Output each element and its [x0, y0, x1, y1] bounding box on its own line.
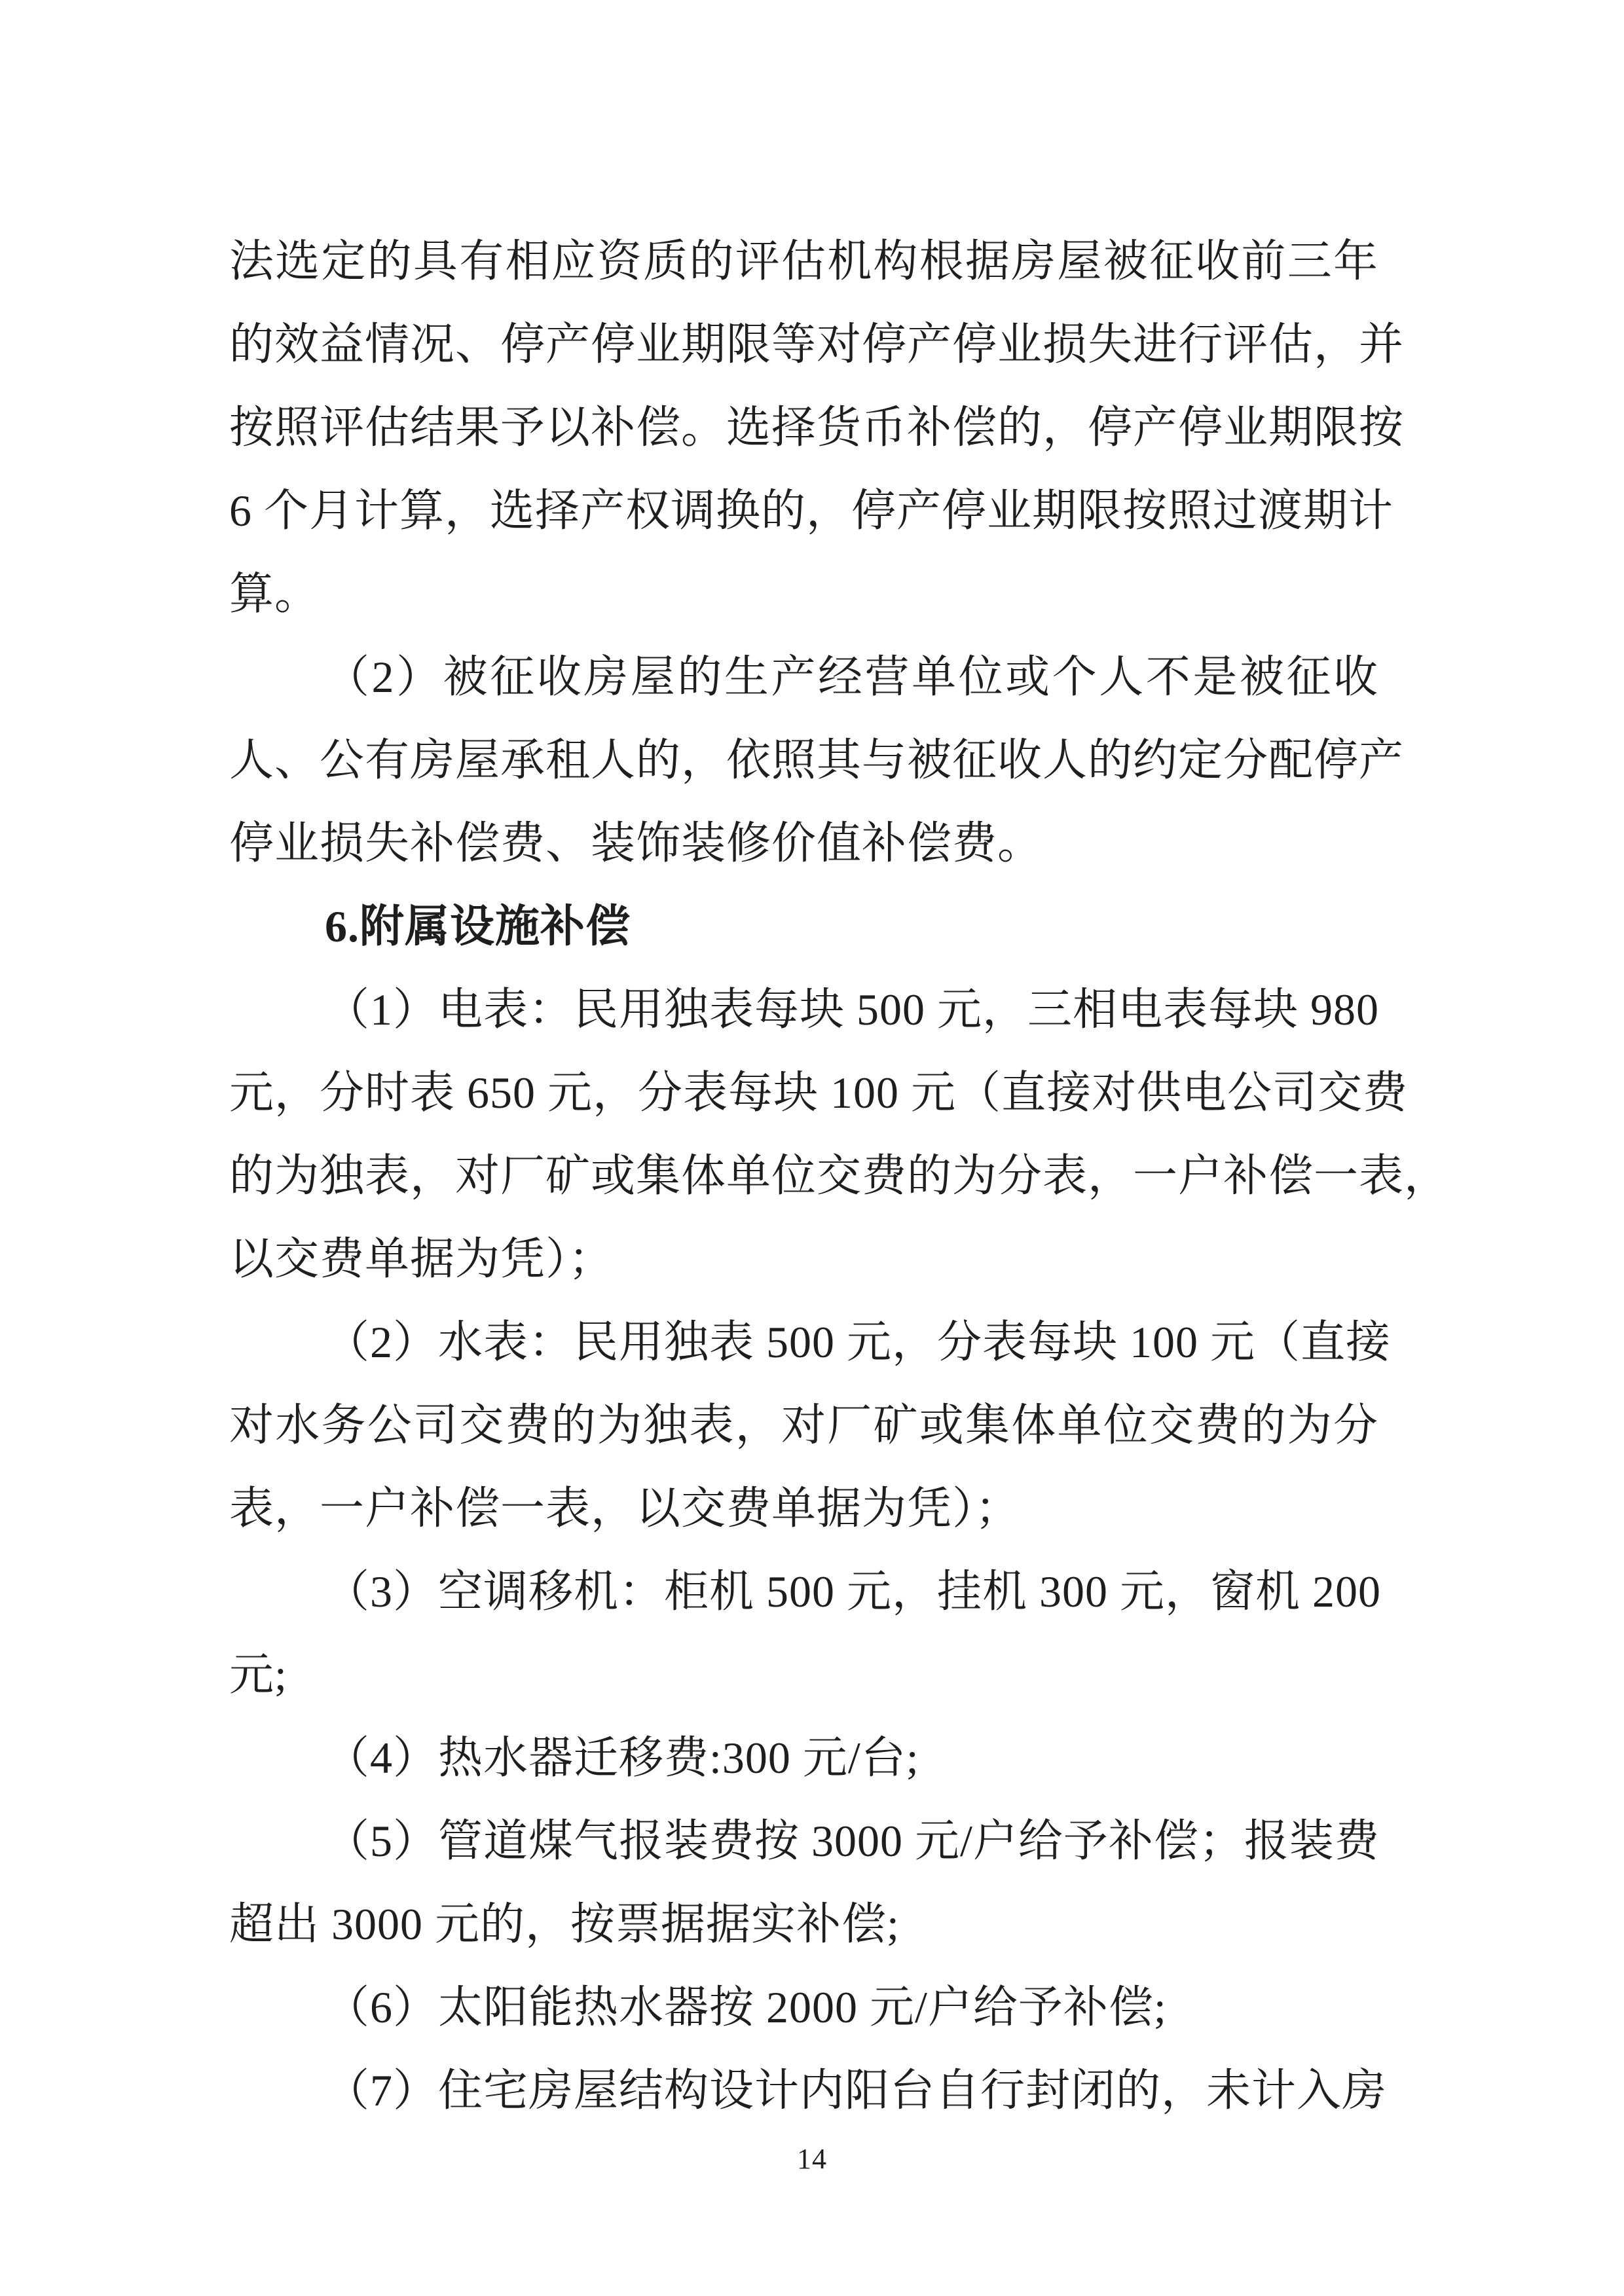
text-line-18: 元; [229, 1633, 1378, 1717]
text-line-19: （4）热水器迁移费:300 元/台; [229, 1717, 1378, 1800]
text-line-11: 元，分时表 650 元，分表每块 100 元（直接对供电公司交费 [229, 1051, 1378, 1135]
text-line-7: 人、公有房屋承租人的，依照其与被征收人的约定分配停产 [229, 719, 1378, 802]
text-line-5: 算。 [229, 553, 1378, 636]
text-line-15: 对水务公司交费的为独表，对厂矿或集体单位交费的为分 [229, 1384, 1378, 1467]
text-line-22: （6）太阳能热水器按 2000 元/户给予补偿; [229, 1966, 1378, 2049]
text-line-16: 表，一户补偿一表，以交费单据为凭）； [229, 1467, 1378, 1550]
text-line-12: 的为独表，对厂矿或集体单位交费的为分表，一户补偿一表， [229, 1135, 1378, 1218]
page-number: 14 [0, 2140, 1624, 2179]
text-line-21: 超出 3000 元的，按票据据实补偿; [229, 1883, 1378, 1966]
text-line-10: （1）电表：民用独表每块 500 元，三相电表每块 980 [229, 968, 1378, 1051]
text-line-2: 的效益情况、停产停业期限等对停产停业损失进行评估，并 [229, 303, 1378, 386]
section-heading: 6.附属设施补偿 [229, 885, 1378, 968]
text-line-17: （3）空调移机：柜机 500 元，挂机 300 元，窗机 200 [229, 1550, 1378, 1633]
text-line-13: 以交费单据为凭）； [229, 1218, 1378, 1301]
text-line-4: 6 个月计算，选择产权调换的，停产停业期限按照过渡期计 [229, 469, 1378, 553]
text-line-8: 停业损失补偿费、装饰装修价值补偿费。 [229, 802, 1378, 885]
document-text-block: 法选定的具有相应资质的评估机构根据房屋被征收前三年 的效益情况、停产停业期限等对… [229, 220, 1378, 2132]
text-line-20: （5）管道煤气报装费按 3000 元/户给予补偿；报装费 [229, 1800, 1378, 1883]
document-page: 法选定的具有相应资质的评估机构根据房屋被征收前三年 的效益情况、停产停业期限等对… [0, 0, 1624, 2296]
text-line-14: （2）水表：民用独表 500 元，分表每块 100 元（直接 [229, 1301, 1378, 1384]
text-line-3: 按照评估结果予以补偿。选择货币补偿的，停产停业期限按 [229, 386, 1378, 469]
text-line-23: （7）住宅房屋结构设计内阳台自行封闭的，未计入房 [229, 2049, 1378, 2132]
text-line-1: 法选定的具有相应资质的评估机构根据房屋被征收前三年 [229, 220, 1378, 303]
text-line-6: （2）被征收房屋的生产经营单位或个人不是被征收 [229, 636, 1378, 719]
